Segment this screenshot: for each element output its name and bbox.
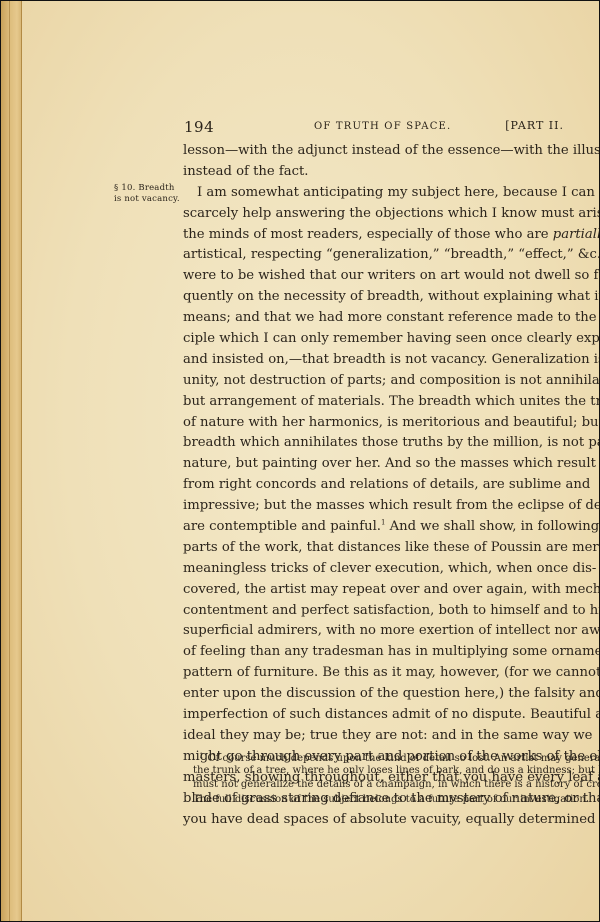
section-sidenote: § 10. Breadth is not vacancy.	[114, 183, 184, 205]
text-line: contentment and perfect satisfaction, bo…	[183, 601, 565, 622]
footnote-line: 1Of course much depends upon the kind of…	[193, 749, 565, 764]
text-line: but arrangement of materials. The breadt…	[183, 392, 565, 413]
gutter-fold-line	[9, 1, 10, 921]
book-page: 194 OF TRUTH OF SPACE. [PART II. § 10. B…	[0, 0, 600, 922]
text-line: unity, not destruction of parts; and com…	[183, 371, 565, 392]
text-line: artistical, respecting “generalization,”…	[183, 245, 565, 266]
text-line: covered, the artist may repeat over and …	[183, 580, 565, 601]
text-line: lesson—with the adjunct instead of the e…	[183, 141, 565, 162]
running-header: 194 OF TRUTH OF SPACE. [PART II.	[184, 118, 564, 138]
footnote-marker: 1	[199, 752, 203, 760]
text-line: the minds of most readers, especially of…	[183, 225, 565, 246]
footnote-line: the trunk of a tree, where he only loses…	[193, 764, 565, 779]
text-line: you have dead spaces of absolute vacuity…	[183, 810, 565, 831]
text-line: quently on the necessity of breadth, wit…	[183, 287, 565, 308]
paragraph-start-line: I am somewhat anticipating my subject he…	[183, 183, 565, 204]
text-line: superficial admirers, with no more exert…	[183, 621, 565, 642]
text-span: the minds of most readers, especially of…	[183, 227, 549, 242]
body-text: lesson—with the adjunct instead of the e…	[183, 141, 565, 830]
text-line: ciple which I can only remember having s…	[183, 329, 565, 350]
text-span: are contemptible and painful.	[183, 519, 381, 534]
running-title: OF TRUTH OF SPACE.	[314, 121, 451, 132]
text-span: And we shall show, in following	[385, 519, 599, 534]
text-line: instead of the fact.	[183, 162, 565, 183]
text-line: parts of the work, that distances like t…	[183, 538, 565, 559]
text-line: breadth which annihilates those truths b…	[183, 433, 565, 454]
part-label: [PART II.	[505, 119, 564, 132]
text-line: meaningless tricks of clever execution, …	[183, 559, 565, 580]
text-line: of feeling than any tradesman has in mul…	[183, 642, 565, 663]
text-line: were to be wished that our writers on ar…	[183, 266, 565, 287]
text-line: scarcely help answering the objections w…	[183, 204, 565, 225]
text-line: from right concords and relations of det…	[183, 475, 565, 496]
footnote-line: must not generalize the details of a cha…	[193, 778, 565, 793]
text-line: imperfection of such distances admit of …	[183, 705, 565, 726]
text-line: of nature with her harmonics, is meritor…	[183, 413, 565, 434]
page-number: 194	[184, 118, 214, 136]
text-line: nature, but painting over her. And so th…	[183, 454, 565, 475]
footnote: 1Of course much depends upon the kind of…	[193, 749, 565, 807]
italic-word: partially	[553, 227, 600, 242]
book-gutter	[1, 1, 22, 921]
text-line: means; and that we had more constant ref…	[183, 308, 565, 329]
text-line: enter upon the discussion of the questio…	[183, 684, 565, 705]
text-line: ideal they may be; true they are not: an…	[183, 726, 565, 747]
sidenote-line: is not vacancy.	[114, 194, 184, 205]
sidenote-line: § 10. Breadth	[114, 183, 184, 194]
text-line: impressive; but the masses which result …	[183, 496, 565, 517]
footnote-line: The full discussion of the subject belon…	[193, 793, 565, 808]
text-line: pattern of furniture. Be this as it may,…	[183, 663, 565, 684]
text-line: are contemptible and painful.1 And we sh…	[183, 517, 565, 538]
text-span: Of course much depends upon the kind of …	[207, 753, 600, 764]
text-line: and insisted on,—that breadth is not vac…	[183, 350, 565, 371]
